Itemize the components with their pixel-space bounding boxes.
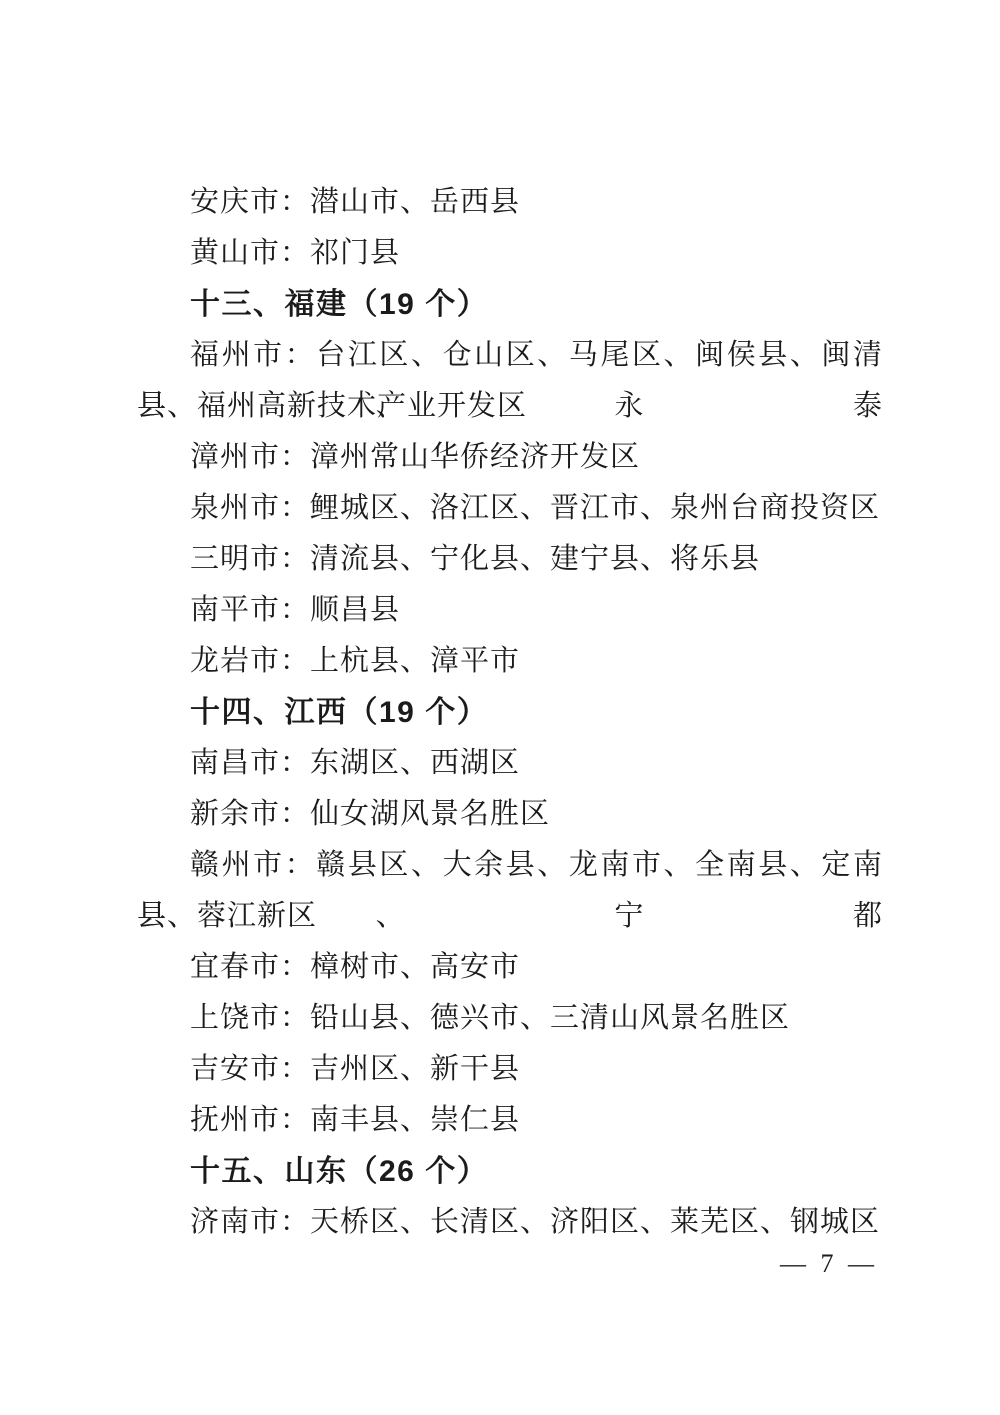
page-number: — 7 — <box>780 1249 878 1279</box>
document-body: 安庆市：潜山市、岳西县黄山市：祁门县十三、福建（19 个）福州市：台江区、仓山区… <box>137 177 883 1248</box>
section-heading: 十四、江西（19 个） <box>137 687 883 738</box>
text-line: 黄山市：祁门县 <box>137 228 883 279</box>
text-line: 赣州市：赣县区、大余县、龙南市、全南县、定南县、宁都 <box>137 840 883 891</box>
section-heading: 十三、福建（19 个） <box>137 279 883 330</box>
text-line: 泉州市：鲤城区、洛江区、晋江市、泉州台商投资区 <box>137 483 883 534</box>
text-line: 宜春市：樟树市、高安市 <box>137 942 883 993</box>
text-line: 上饶市：铅山县、德兴市、三清山风景名胜区 <box>137 993 883 1044</box>
text-line: 吉安市：吉州区、新干县 <box>137 1044 883 1095</box>
text-line: 福州市：台江区、仓山区、马尾区、闽侯县、闽清县、永泰 <box>137 330 883 381</box>
document-page: 安庆市：潜山市、岳西县黄山市：祁门县十三、福建（19 个）福州市：台江区、仓山区… <box>0 0 1000 1415</box>
text-line: 南平市：顺昌县 <box>137 585 883 636</box>
text-line: 三明市：清流县、宁化县、建宁县、将乐县 <box>137 534 883 585</box>
text-line: 新余市：仙女湖风景名胜区 <box>137 789 883 840</box>
section-heading: 十五、山东（26 个） <box>137 1146 883 1197</box>
text-line: 南昌市：东湖区、西湖区 <box>137 738 883 789</box>
text-line: 龙岩市：上杭县、漳平市 <box>137 636 883 687</box>
text-line: 抚州市：南丰县、崇仁县 <box>137 1095 883 1146</box>
text-line: 漳州市：漳州常山华侨经济开发区 <box>137 432 883 483</box>
text-line: 济南市：天桥区、长清区、济阳区、莱芜区、钢城区 <box>137 1197 883 1248</box>
text-line: 安庆市：潜山市、岳西县 <box>137 177 883 228</box>
